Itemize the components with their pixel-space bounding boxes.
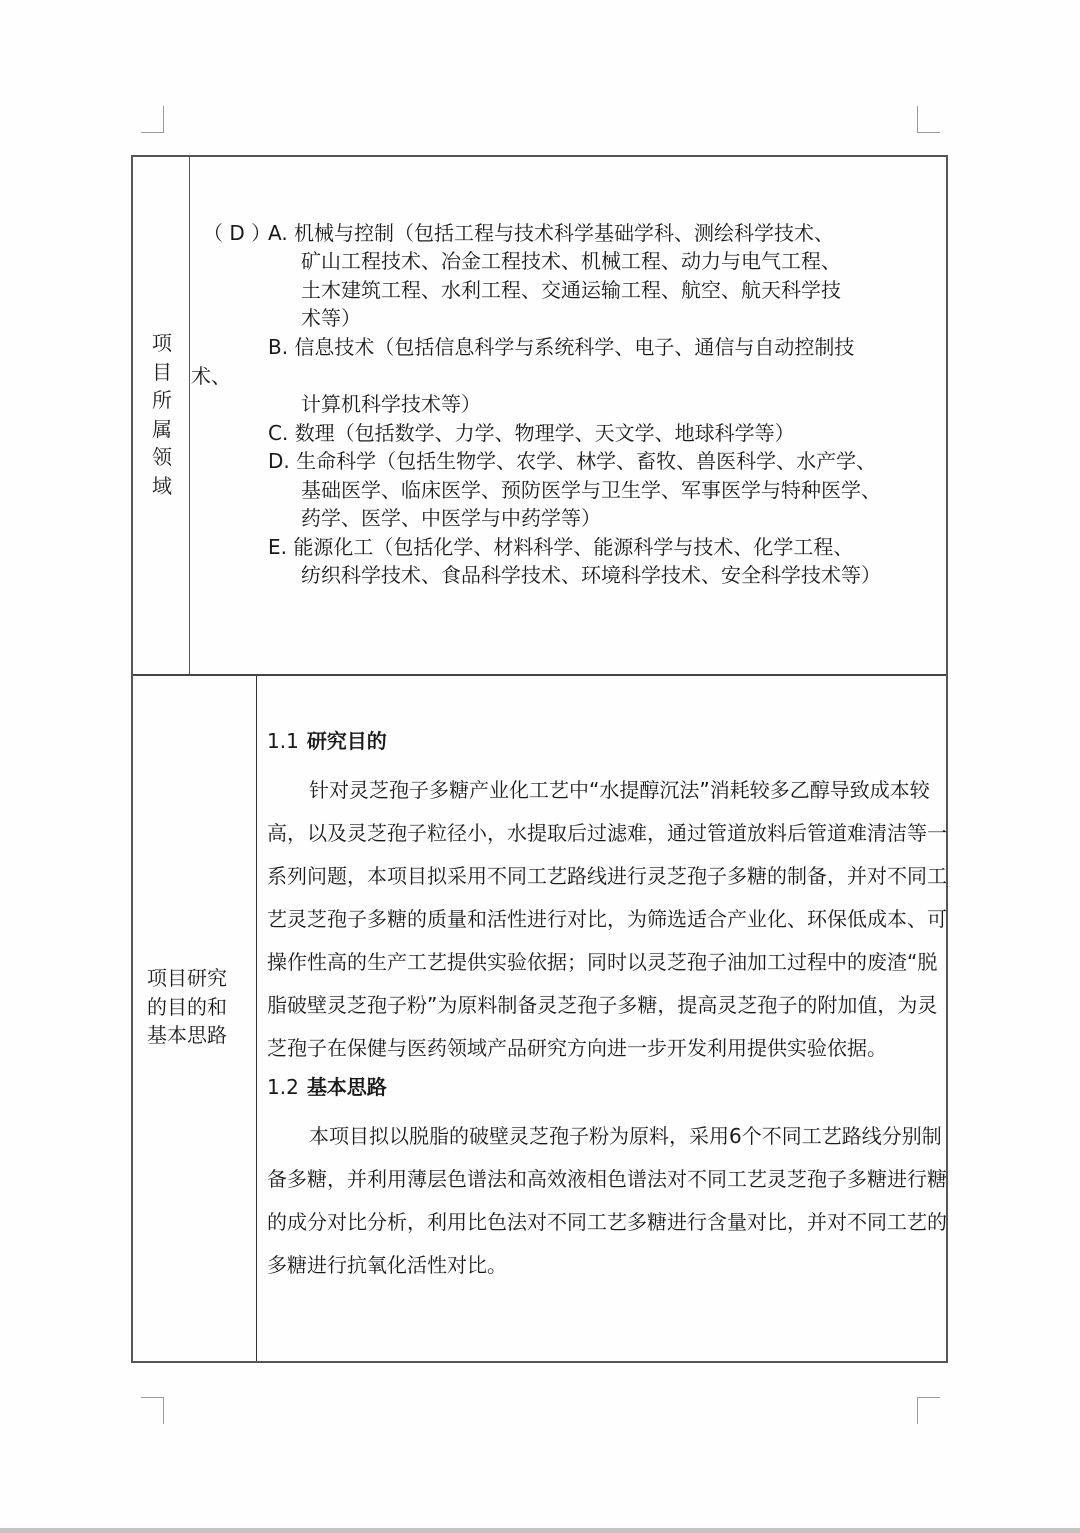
option-b: B. 信息技术（包括信息科学与系统科学、电子、通信与自动控制技 bbox=[268, 333, 854, 362]
label-project-field: 项 目 所 属 领 域 bbox=[147, 329, 177, 501]
option-text: 土木建筑工程、水利工程、交通运输工程、航空、航天科学技 bbox=[301, 276, 841, 305]
section-paragraph: 本项目拟以脱脂的破壁灵芝孢子粉为原料，采用6个不同工艺路线分别制备多糖，并利用薄… bbox=[267, 1115, 947, 1287]
section-title: 基本思路 bbox=[307, 1075, 387, 1099]
label-char: 所 bbox=[147, 386, 177, 415]
option-e: E. 能源化工（包括化学、材料科学、能源科学与技术、化学工程、 bbox=[268, 533, 853, 562]
option-c: C. 数理（包括数学、力学、物理学、天文学、地球科学等） bbox=[268, 419, 795, 448]
form-table: 项 目 所 属 领 域 （ D ） A. 机械与控制（包括工程与技术科学基础学科… bbox=[131, 155, 948, 1363]
column-divider bbox=[256, 676, 257, 1361]
option-text: 基础医学、临床医学、预防医学与卫生学、军事医学与特种医学、 bbox=[301, 476, 881, 505]
option-letter: B. bbox=[268, 335, 288, 359]
margin-corner-mark bbox=[917, 1397, 940, 1424]
option-text: 信息技术（包括信息科学与系统科学、电子、通信与自动控制技 bbox=[294, 335, 854, 359]
option-text: 纺织科学技术、食品科学技术、环境科学技术、安全科学技术等） bbox=[301, 561, 881, 590]
option-text: 药学、医学、中医学与中药学等） bbox=[301, 504, 601, 533]
section-paragraph: 针对灵芝孢子多糖产业化工艺中“水提醇沉法”消耗较多乙醇导致成本较高，以及灵芝孢子… bbox=[267, 769, 947, 1070]
section-number: 1.2 bbox=[267, 1075, 299, 1099]
option-text: 能源化工（包括化学、材料科学、能源科学与技术、化学工程、 bbox=[293, 535, 853, 559]
section-title: 研究目的 bbox=[307, 729, 387, 753]
margin-corner-mark bbox=[141, 106, 164, 133]
page-bottom-edge bbox=[0, 1528, 1080, 1533]
row-research-purpose: 项目研究 的目的和 基本思路 1.1研究目的 针对灵芝孢子多糖产业化工艺中“水提… bbox=[133, 676, 946, 1361]
label-line: 的目的和 bbox=[147, 993, 247, 1022]
label-char: 域 bbox=[147, 472, 177, 501]
label-char: 属 bbox=[147, 415, 177, 444]
overflow-text: 术、 bbox=[191, 362, 231, 391]
label-char: 领 bbox=[147, 443, 177, 472]
option-letter: D. bbox=[268, 449, 290, 473]
document-page: 项 目 所 属 领 域 （ D ） A. 机械与控制（包括工程与技术科学基础学科… bbox=[0, 0, 1080, 1526]
margin-corner-mark bbox=[141, 1397, 164, 1424]
selected-field: （ D ） bbox=[203, 219, 271, 248]
option-a: A. 机械与控制（包括工程与技术科学基础学科、测绘科学技术、 bbox=[268, 219, 834, 248]
research-content: 1.1研究目的 针对灵芝孢子多糖产业化工艺中“水提醇沉法”消耗较多乙醇导致成本较… bbox=[267, 726, 947, 1287]
option-letter: E. bbox=[268, 535, 287, 559]
option-d: D. 生命科学（包括生物学、农学、林学、畜牧、兽医科学、水产学、 bbox=[268, 447, 876, 476]
option-letter: A. bbox=[268, 221, 288, 245]
section-heading: 1.1研究目的 bbox=[267, 726, 947, 769]
label-char: 目 bbox=[147, 358, 177, 387]
margin-corner-mark bbox=[917, 106, 940, 133]
label-char: 项 bbox=[147, 329, 177, 358]
option-text: 机械与控制（包括工程与技术科学基础学科、测绘科学技术、 bbox=[294, 221, 834, 245]
option-text: 矿山工程技术、冶金工程技术、机械工程、动力与电气工程、 bbox=[301, 247, 841, 276]
row-project-field: 项 目 所 属 领 域 （ D ） A. 机械与控制（包括工程与技术科学基础学科… bbox=[133, 157, 946, 676]
option-letter: C. bbox=[268, 421, 288, 445]
label-line: 项目研究 bbox=[147, 964, 247, 993]
label-research-purpose: 项目研究 的目的和 基本思路 bbox=[147, 964, 247, 1050]
label-line: 基本思路 bbox=[147, 1021, 247, 1050]
option-text: 数理（包括数学、力学、物理学、天文学、地球科学等） bbox=[295, 421, 795, 445]
option-text: 生命科学（包括生物学、农学、林学、畜牧、兽医科学、水产学、 bbox=[296, 449, 876, 473]
section-number: 1.1 bbox=[267, 729, 299, 753]
section-heading: 1.2基本思路 bbox=[267, 1072, 947, 1115]
option-text: 计算机科学技术等） bbox=[301, 390, 481, 419]
option-text: 术等） bbox=[301, 304, 361, 333]
column-divider bbox=[189, 157, 190, 674]
